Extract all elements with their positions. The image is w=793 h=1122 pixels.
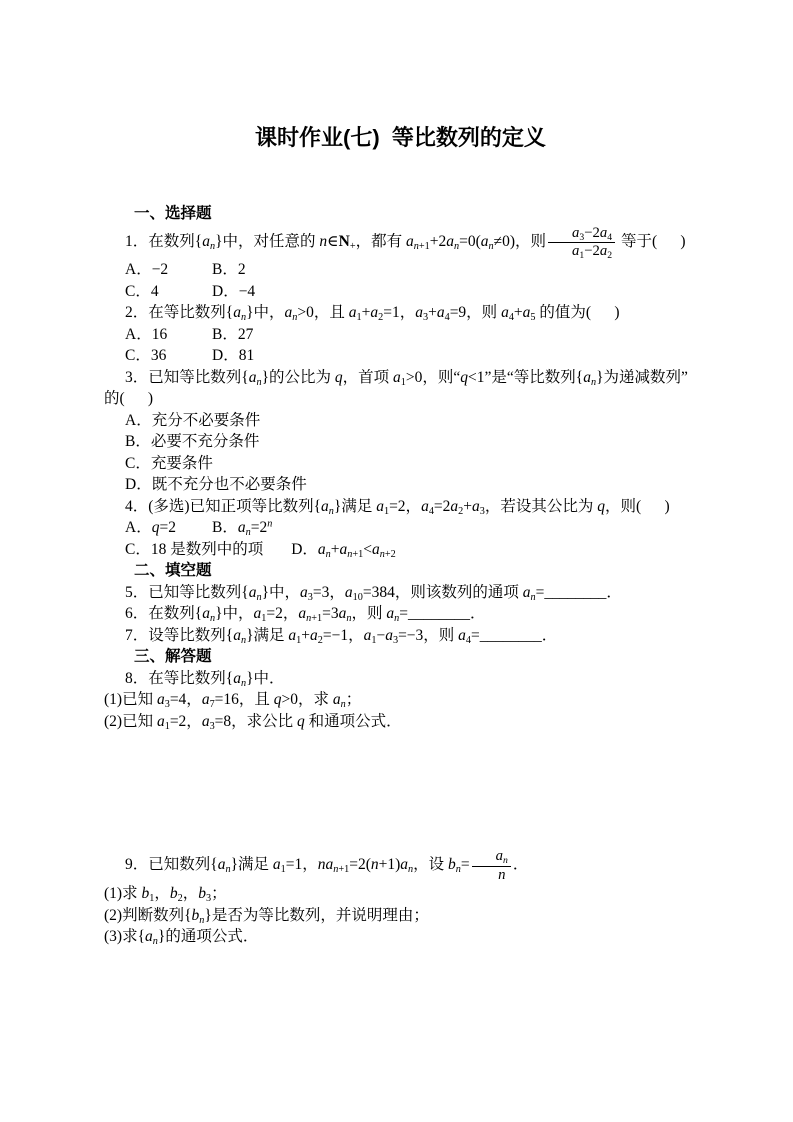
question-2-options-row-1: A．16B．27 (104, 324, 697, 346)
q4-option-b: B．an=2n (212, 519, 272, 536)
question-1-options-row-1: A．−2B．2 (104, 259, 697, 281)
page-title: 课时作业(七) 等比数列的定义 (104, 126, 697, 150)
q3-option-a: A．充分不必要条件 (104, 410, 697, 432)
question-8-stem: 8．在等比数列{an}中． (104, 668, 697, 690)
section-heading-free-response: 三、解答题 (104, 646, 697, 668)
q1-option-d: D．−4 (212, 283, 255, 300)
question-8-part-1: (1)已知 a3=4，a7=16，且 q>0，求 an； (104, 689, 697, 711)
q2-option-d: D．81 (212, 347, 254, 364)
question-1-options-row-2: C．4D．−4 (104, 281, 697, 303)
section-heading-fill-blank: 二、填空题 (104, 560, 697, 582)
q2-option-a: A．16 (125, 324, 212, 346)
question-2-stem: 2．在等比数列{an}中，an>0，且 a1+a2=1，a3+a4=9，则 a4… (104, 302, 697, 324)
question-9-part-3: (3)求{an}的通项公式． (104, 926, 697, 948)
q4-option-a: A．q=2 (125, 517, 212, 539)
q3-option-b: B．必要不充分条件 (104, 431, 697, 453)
question-7-stem: 7．设等比数列{an}满足 a1+a2=−1，a1−a3=−3，则 a4=___… (104, 625, 697, 647)
question-6-stem: 6．在数列{an}中，a1=2，an+1=3an，则 an=________． (104, 603, 697, 625)
section-heading-multiple-choice: 一、选择题 (104, 203, 697, 225)
question-3-stem-continuation: 的( ) (104, 388, 697, 410)
question-9-part-2: (2)判断数列{bn}是否为等比数列，并说明理由； (104, 905, 697, 927)
q2-option-c: C．36 (125, 345, 212, 367)
question-9-stem: 9．已知数列{an}满足 a1=1，nan+1=2(n+1)an，设 bn=an… (104, 848, 697, 883)
q1-option-b: B．2 (212, 261, 246, 278)
question-4-options-row-1: A．q=2B．an=2n (104, 517, 697, 539)
question-4-options-row-2: C．18 是数列中的项D．an+an+1<an+2 (104, 539, 697, 561)
q4-option-c: C．18 是数列中的项 (125, 539, 263, 561)
question-1-stem: 1．在数列{an}中，对任意的 n∈N+，都有 an+1+2an=0(an≠0)… (104, 225, 697, 260)
question-3-stem: 3．已知等比数列{an}的公比为 q，首项 a1>0，则“q<1”是“等比数列{… (104, 367, 697, 389)
q4-option-d: D．an+an+1<an+2 (291, 541, 396, 558)
q1-option-a: A．−2 (125, 259, 212, 281)
question-5-stem: 5．已知等比数列{an}中，a3=3，a10=384，则该数列的通项 an=__… (104, 582, 697, 604)
question-4-stem: 4．(多选)已知正项等比数列{an}满足 a1=2，a4=2a2+a3，若设其公… (104, 496, 697, 518)
q1-option-c: C．4 (125, 281, 212, 303)
q3-option-d: D．既不充分也不必要条件 (104, 474, 697, 496)
question-9-part-1: (1)求 b1，b2，b3； (104, 883, 697, 905)
worksheet-page: 课时作业(七) 等比数列的定义 一、选择题 1．在数列{an}中，对任意的 n∈… (0, 0, 793, 1122)
question-8-part-2: (2)已知 a1=2，a3=8，求公比 q 和通项公式． (104, 711, 697, 733)
question-2-options-row-2: C．36D．81 (104, 345, 697, 367)
q3-option-c: C．充要条件 (104, 453, 697, 475)
q2-option-b: B．27 (212, 326, 253, 343)
